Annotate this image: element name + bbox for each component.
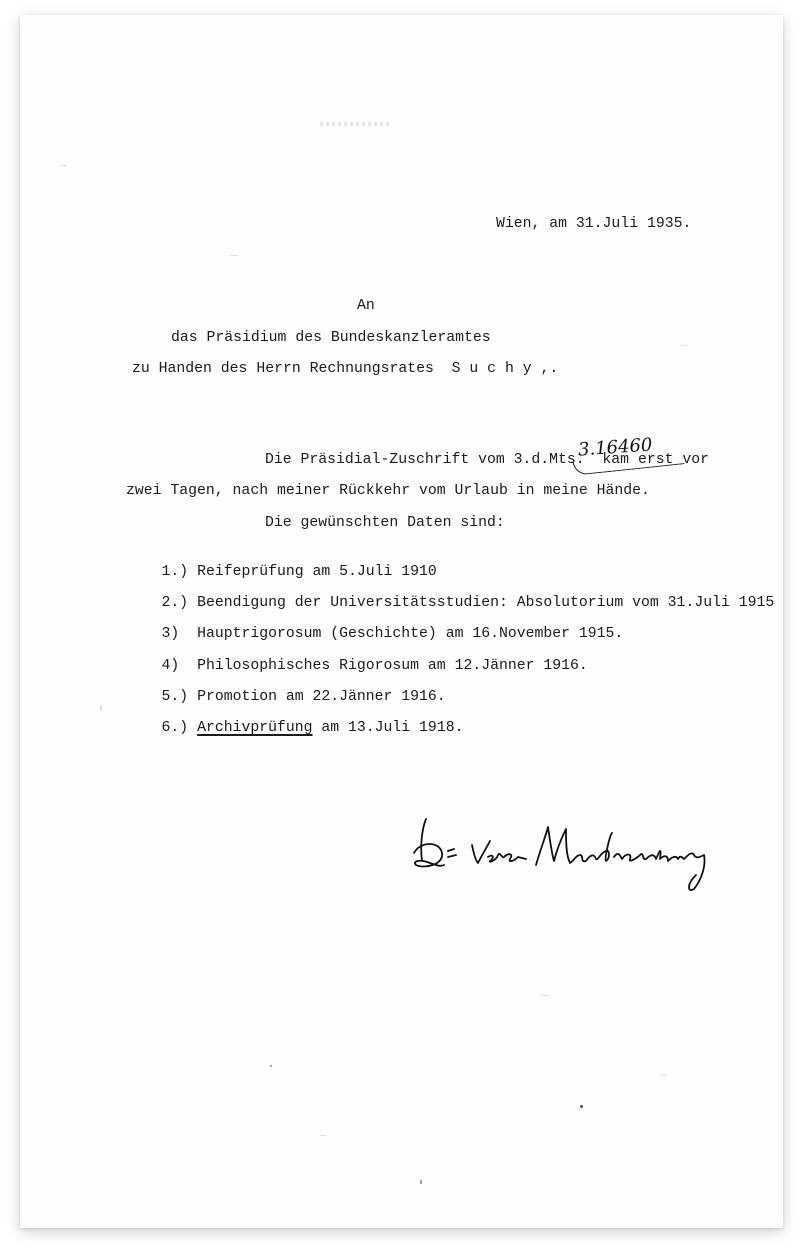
paper-speck [660, 1075, 667, 1076]
paper-speck [540, 995, 549, 996]
body-line-2: zwei Tagen, nach meiner Rückkehr vom Url… [126, 482, 650, 500]
paper-speck [420, 1180, 422, 1184]
body-line-1: Die Präsidial-Zuschrift vom 3.d.Mts. kam… [265, 451, 709, 469]
recipient-line-1: das Präsidium des Bundeskanzleramtes [171, 329, 491, 347]
faint-stamp-mark [320, 122, 390, 126]
paper-speck [270, 1065, 272, 1067]
paper-speck [680, 345, 687, 346]
list-item: 6.) Archivprüfung am 13.Juli 1918. [126, 701, 463, 755]
body-line-3: Die gewünschten Daten sind: [265, 514, 505, 532]
recipient-line-2: zu Handen des Herrn Rechnungsrates S u c… [132, 360, 558, 378]
paper-speck [230, 255, 238, 256]
recipient-salutation: An [357, 297, 375, 315]
paper-speck [100, 705, 102, 711]
list-item-underlined-text: Archivprüfung [197, 720, 312, 736]
letter-page: Wien, am 31.Juli 1935. An das Präsidium … [20, 15, 783, 1228]
paper-speck [580, 1105, 583, 1108]
list-item-text: am 13.Juli 1918. [313, 720, 464, 736]
paper-speck [320, 1135, 326, 1136]
paper-speck [60, 165, 66, 166]
place-date: Wien, am 31.Juli 1935. [496, 215, 691, 233]
handwritten-signature: Dr Vera Mendroschowicz [410, 815, 720, 895]
list-item-number: 6.) [162, 720, 189, 736]
